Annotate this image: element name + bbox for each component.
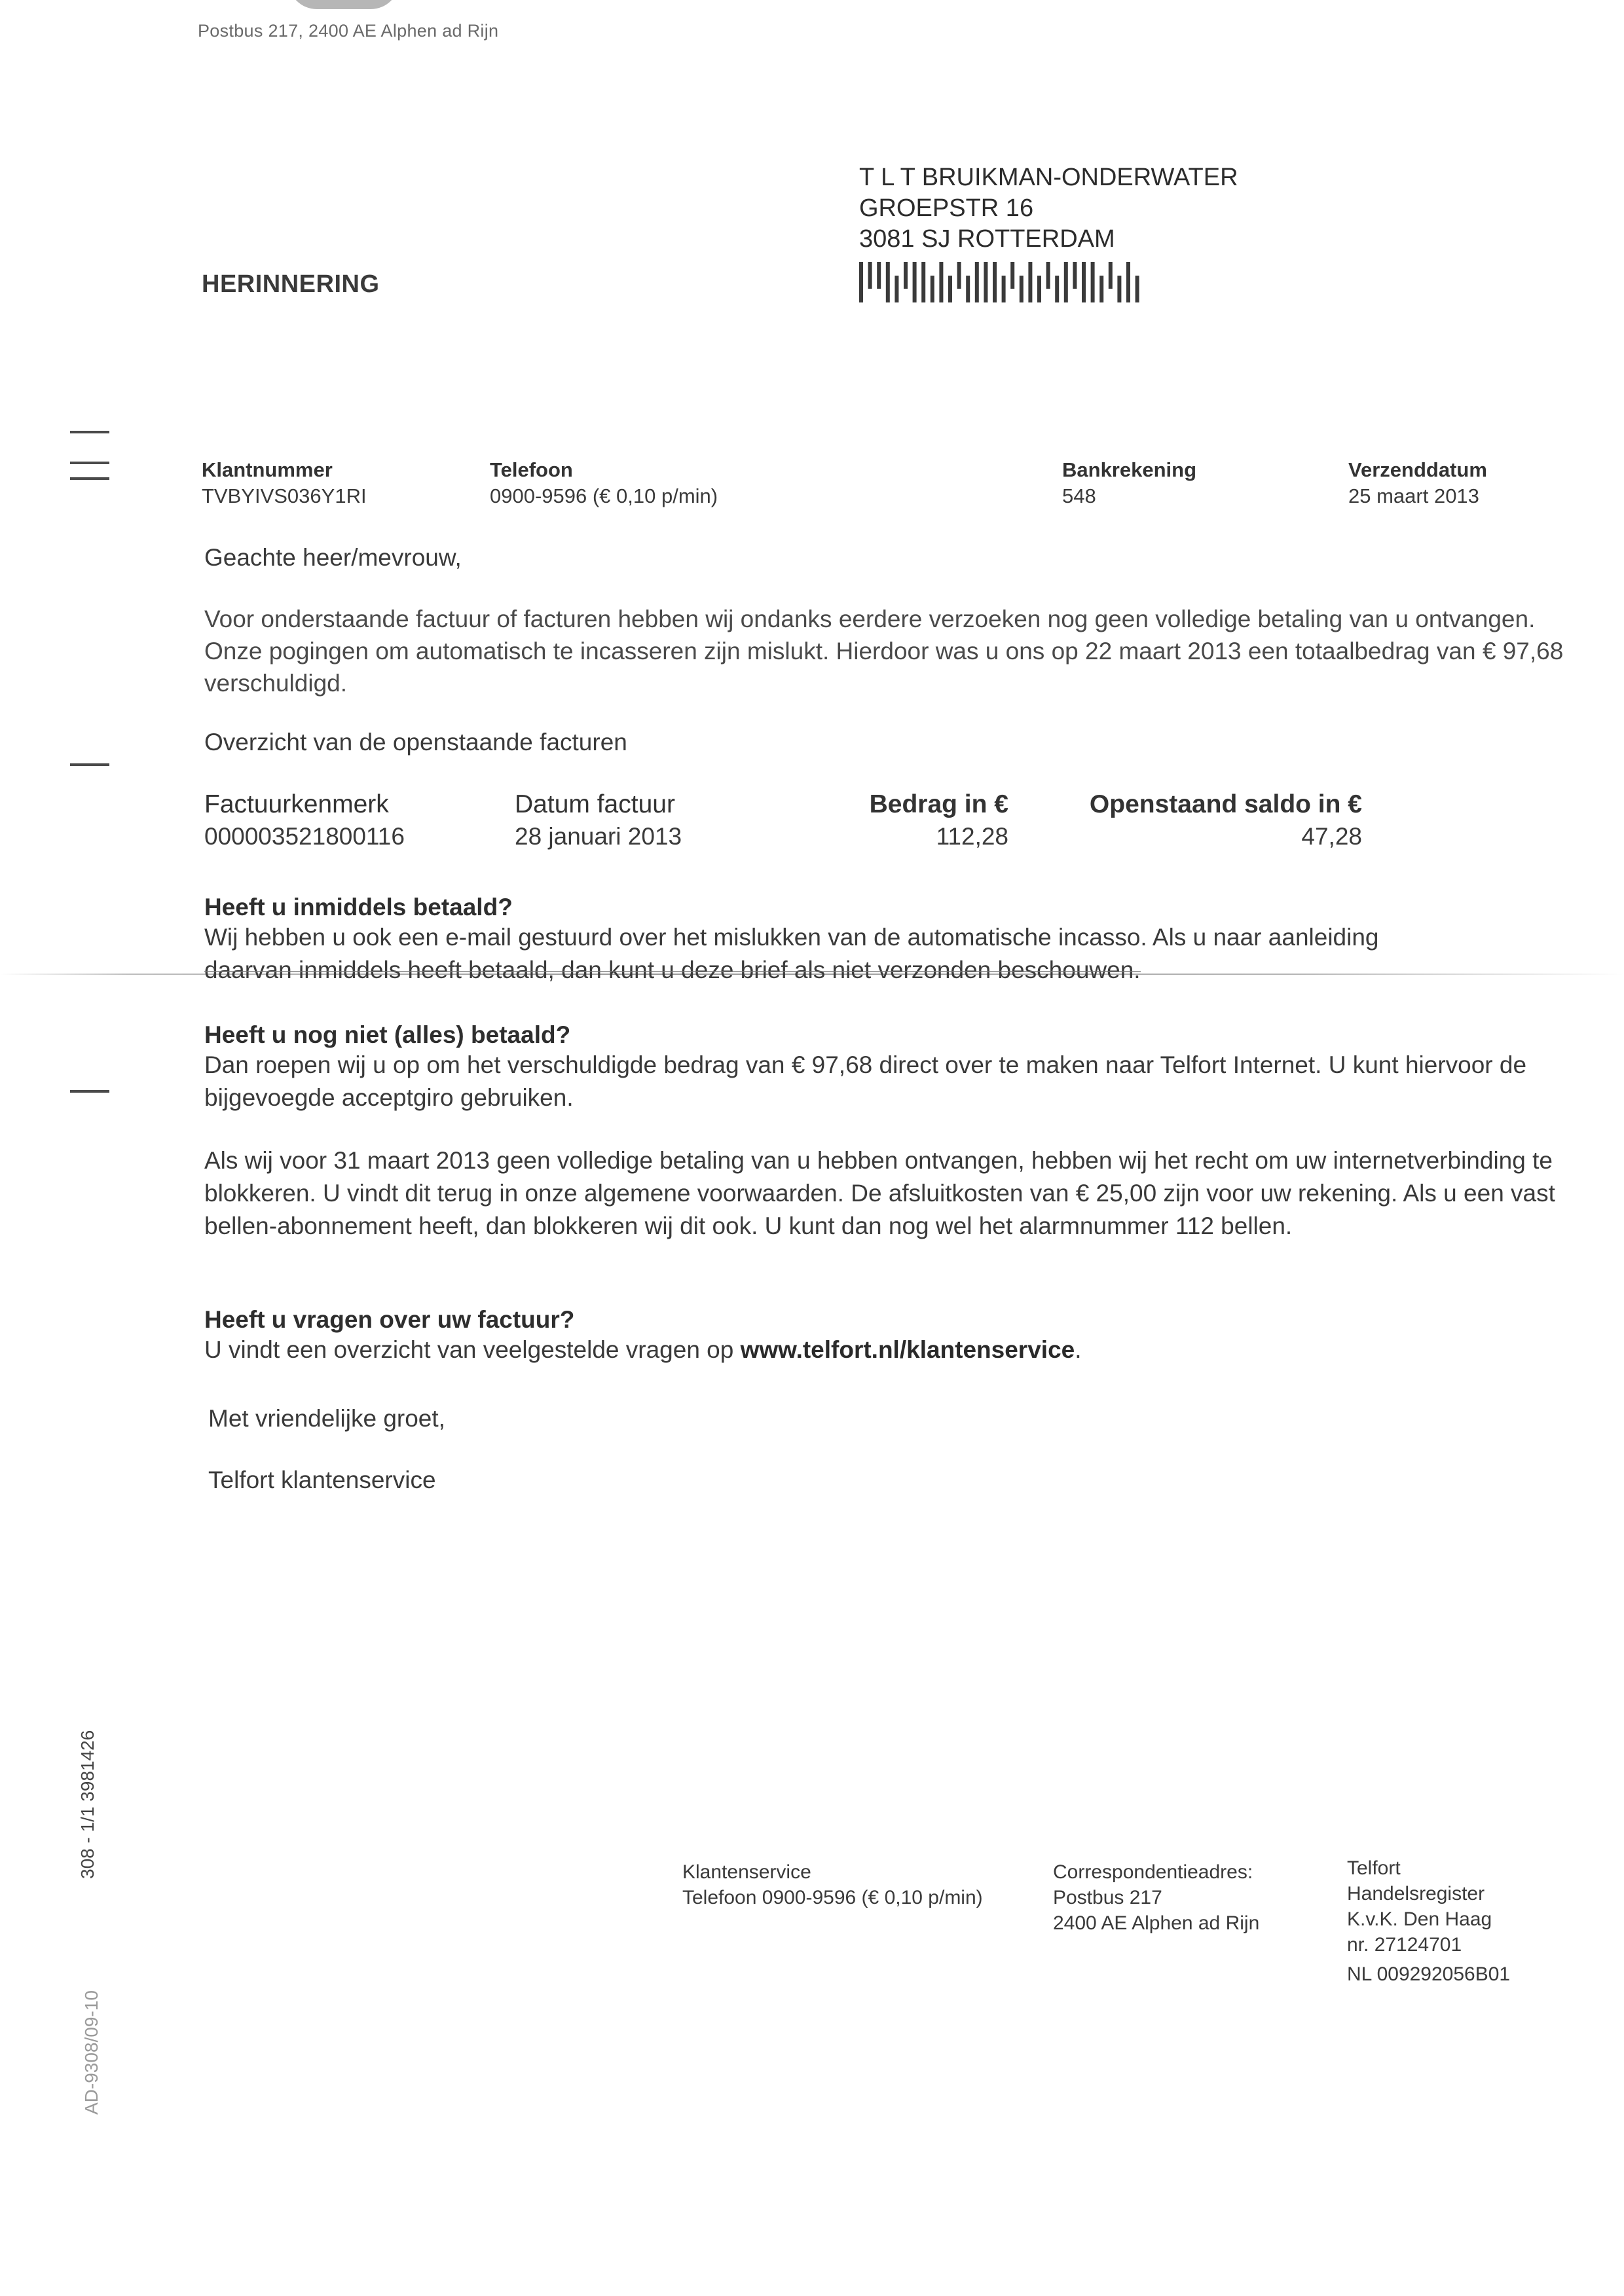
salutation: Geachte heer/mevrouw, <box>204 541 462 574</box>
crease-strike <box>204 971 1141 972</box>
blocking-paragraph: Als wij voor 31 maart 2013 geen volledig… <box>204 1144 1593 1243</box>
footer-company-line: NL 009292056B01 <box>1347 1961 1510 1987</box>
footer-service-phone: Telefoon 0900-9596 (€ 0,10 p/min) <box>682 1885 983 1910</box>
not-paid-text: Dan roepen wij u op om het verschuldigde… <box>204 1049 1586 1114</box>
invoice-cell: 47,28 <box>1061 823 1362 850</box>
footer-company-line: Telfort <box>1347 1855 1510 1881</box>
footer-correspondence-line: 2400 AE Alphen ad Rijn <box>1053 1910 1259 1936</box>
questions-section: Heeft u vragen over uw factuur? U vindt … <box>204 1306 1599 1366</box>
customer-number-block: Klantnummer TVBYIVS036Y1RI <box>202 458 367 508</box>
customer-number-value: TVBYIVS036Y1RI <box>202 484 367 508</box>
invoice-header: Openstaand saldo in € <box>1061 790 1362 819</box>
send-date-block: Verzenddatum 25 maart 2013 <box>1348 458 1487 508</box>
recipient-name: T L T BRUIKMAN-ONDERWATER <box>859 162 1238 193</box>
invoice-header: Bedrag in € <box>845 790 1008 819</box>
footer-correspondence-line: Postbus 217 <box>1053 1885 1259 1910</box>
signature: Telfort klantenservice <box>208 1464 436 1496</box>
footer-company: Telfort Handelsregister K.v.K. Den Haag … <box>1347 1855 1510 1987</box>
phone-value: 0900-9596 (€ 0,10 p/min) <box>490 484 718 508</box>
footer-company-line: K.v.K. Den Haag <box>1347 1906 1510 1932</box>
paid-text-line2-wrap: daarvan inmiddels heeft betaald, dan kun… <box>204 954 1141 987</box>
footer-service: Klantenservice Telefoon 0900-9596 (€ 0,1… <box>682 1859 983 1910</box>
invoice-cell: 000003521800116 <box>204 823 405 850</box>
recipient-street: GROEPSTR 16 <box>859 193 1238 224</box>
fold-mark <box>70 763 109 766</box>
paid-heading: Heeft u inmiddels betaald? <box>204 894 1599 921</box>
support-url-link[interactable]: www.telfort.nl/klantenservice <box>741 1336 1075 1363</box>
sender-return-address: Postbus 217, 2400 AE Alphen ad Rijn <box>198 21 498 41</box>
footer-company-line: nr. 27124701 <box>1347 1932 1510 1958</box>
intro-paragraph: Voor onderstaande factuur of facturen he… <box>204 603 1599 699</box>
invoice-header: Datum factuur <box>515 790 682 819</box>
footer-correspondence: Correspondentieadres: Postbus 217 2400 A… <box>1053 1859 1259 1936</box>
not-paid-heading: Heeft u nog niet (alles) betaald? <box>204 1021 1599 1049</box>
bank-account-block: Bankrekening 548 <box>1062 458 1196 508</box>
recipient-city: 3081 SJ ROTTERDAM <box>859 224 1238 255</box>
invoice-col-balance: Openstaand saldo in € 47,28 <box>1061 790 1362 850</box>
bank-account-label: Bankrekening <box>1062 458 1196 482</box>
recipient-address: T L T BRUIKMAN-ONDERWATER GROEPSTR 16 30… <box>859 162 1238 255</box>
paid-section: Heeft u inmiddels betaald? Wij hebben u … <box>204 894 1599 987</box>
paid-text-line2: daarvan inmiddels heeft betaald, dan kun… <box>204 957 1141 983</box>
customer-number-label: Klantnummer <box>202 458 367 482</box>
closing: Met vriendelijke groet, <box>208 1402 445 1434</box>
fold-mark <box>70 1090 109 1093</box>
postal-barcode <box>859 262 1147 302</box>
fold-mark <box>70 431 109 433</box>
questions-text: U vindt een overzicht van veelgestelde v… <box>204 1334 1599 1366</box>
invoice-col-date: Datum factuur 28 januari 2013 <box>515 790 682 850</box>
fold-mark <box>70 462 109 464</box>
scan-artifact <box>288 0 399 9</box>
phone-block: Telefoon 0900-9596 (€ 0,10 p/min) <box>490 458 718 508</box>
invoice-col-amount: Bedrag in € 112,28 <box>845 790 1008 850</box>
send-date-label: Verzenddatum <box>1348 458 1487 482</box>
footer-company-line: Handelsregister <box>1347 1881 1510 1906</box>
footer-service-title: Klantenservice <box>682 1859 983 1885</box>
fold-mark <box>70 477 109 480</box>
bank-account-value: 548 <box>1062 484 1196 508</box>
invoice-col-reference: Factuurkenmerk 000003521800116 <box>204 790 405 850</box>
print-code: 308 - 1/1 3981426 <box>77 1730 98 1879</box>
invoice-cell: 112,28 <box>845 823 1008 850</box>
paid-text-line1: Wij hebben u ook een e-mail gestuurd ove… <box>204 921 1599 954</box>
invoice-cell: 28 januari 2013 <box>515 823 682 850</box>
phone-label: Telefoon <box>490 458 718 482</box>
footer-correspondence-title: Correspondentieadres: <box>1053 1859 1259 1885</box>
form-code: AD-9308/09-10 <box>81 1990 102 2115</box>
document-title: HERINNERING <box>202 270 380 299</box>
not-paid-section: Heeft u nog niet (alles) betaald? Dan ro… <box>204 1021 1599 1114</box>
send-date-value: 25 maart 2013 <box>1348 484 1487 508</box>
invoice-header: Factuurkenmerk <box>204 790 405 819</box>
questions-heading: Heeft u vragen over uw factuur? <box>204 1306 1599 1334</box>
overview-title: Overzicht van de openstaande facturen <box>204 729 627 756</box>
